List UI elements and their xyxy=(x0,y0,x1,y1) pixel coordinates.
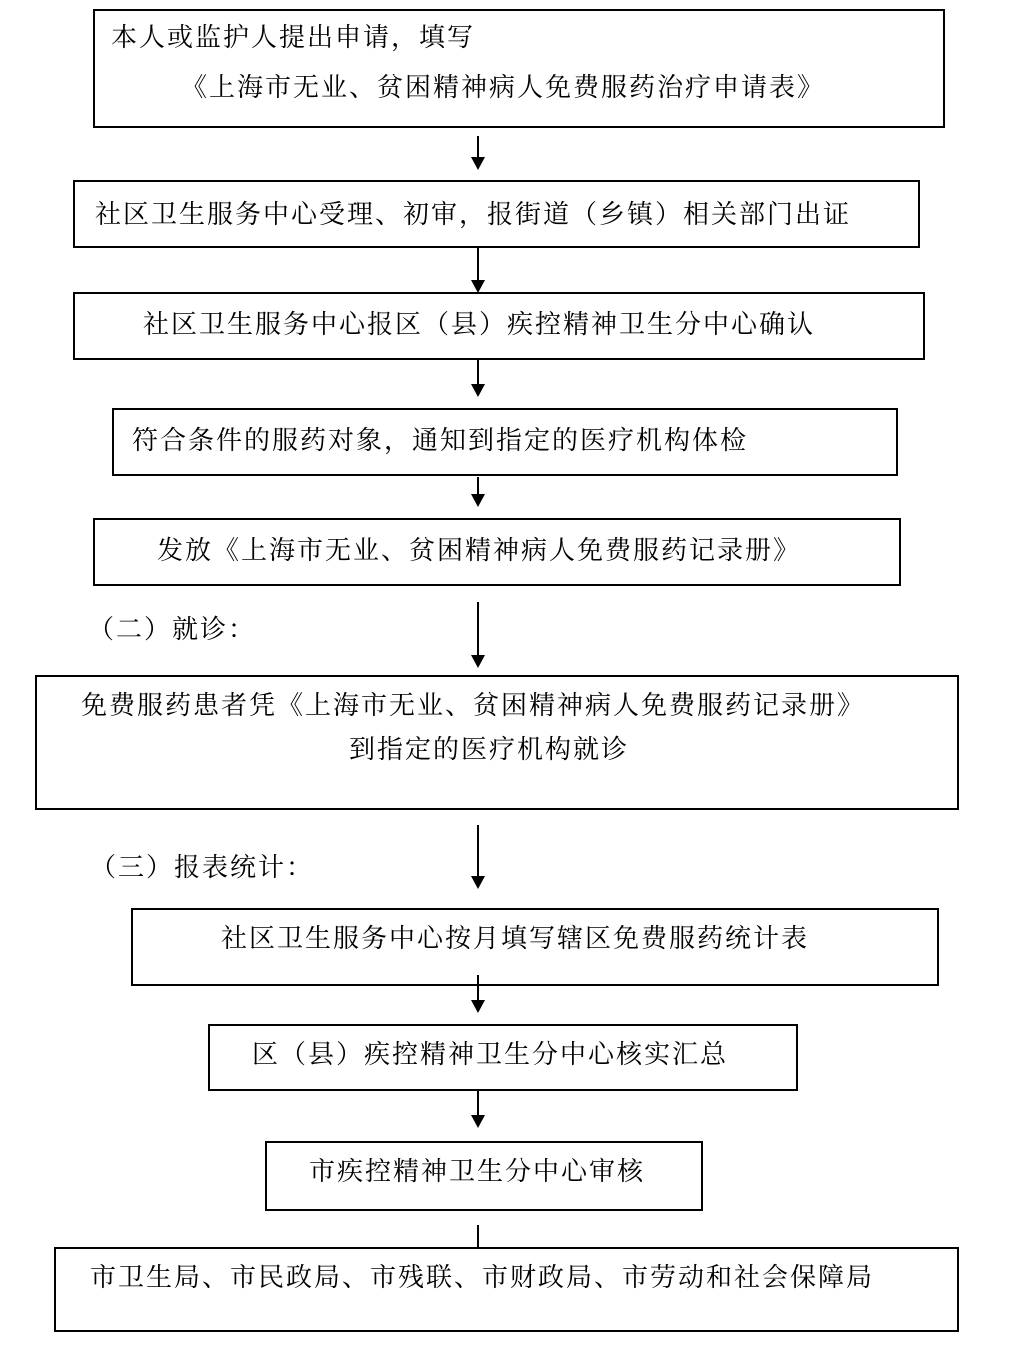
step-2-box: 社区卫生服务中心受理、初审，报街道（乡镇）相关部门出证 xyxy=(73,180,920,248)
step-6-box: 免费服药患者凭《上海市无业、贫困精神病人免费服药记录册》 到指定的医疗机构就诊 xyxy=(35,675,959,810)
step-1-line-1: 本人或监护人提出申请，填写 xyxy=(111,23,475,53)
step-1-box: 本人或监护人提出申请，填写 《上海市无业、贫困精神病人免费服药治疗申请表》 xyxy=(93,9,945,128)
arrow-3 xyxy=(471,359,485,397)
arrow-6 xyxy=(471,825,485,889)
step-8-box: 区（县）疾控精神卫生分中心核实汇总 xyxy=(208,1024,798,1091)
arrow-1 xyxy=(471,136,485,170)
step-7-line-1: 社区卫生服务中心按月填写辖区免费服药统计表 xyxy=(221,924,809,954)
step-6-line-2: 到指定的医疗机构就诊 xyxy=(349,735,629,765)
arrow-8 xyxy=(471,1090,485,1128)
step-1-line-2: 《上海市无业、贫困精神病人免费服药治疗申请表》 xyxy=(181,73,825,103)
arrow-2 xyxy=(471,246,485,293)
step-2-line-1: 社区卫生服务中心受理、初审，报街道（乡镇）相关部门出证 xyxy=(95,200,851,230)
step-5-box: 发放《上海市无业、贫困精神病人免费服药记录册》 xyxy=(93,518,901,586)
step-10-box: 市卫生局、市民政局、市残联、市财政局、市劳动和社会保障局 xyxy=(54,1247,959,1332)
step-3-line-1: 社区卫生服务中心报区（县）疾控精神卫生分中心确认 xyxy=(143,310,815,340)
arrow-7 xyxy=(471,975,485,1013)
step-4-line-1: 符合条件的服药对象，通知到指定的医疗机构体检 xyxy=(132,426,748,456)
step-9-line-1: 市疾控精神卫生分中心审核 xyxy=(309,1157,645,1187)
arrow-5 xyxy=(471,602,485,668)
arrow-4 xyxy=(471,477,485,507)
step-4-box: 符合条件的服药对象，通知到指定的医疗机构体检 xyxy=(112,408,898,476)
section-label-report: （三）报表统计： xyxy=(90,853,314,883)
step-8-line-1: 区（县）疾控精神卫生分中心核实汇总 xyxy=(252,1040,728,1070)
step-7-box: 社区卫生服务中心按月填写辖区免费服药统计表 xyxy=(131,908,939,986)
step-6-line-1: 免费服药患者凭《上海市无业、贫困精神病人免费服药记录册》 xyxy=(81,691,865,721)
step-3-box: 社区卫生服务中心报区（县）疾控精神卫生分中心确认 xyxy=(73,292,925,360)
step-10-line-1: 市卫生局、市民政局、市残联、市财政局、市劳动和社会保障局 xyxy=(90,1263,874,1293)
step-5-line-1: 发放《上海市无业、贫困精神病人免费服药记录册》 xyxy=(157,536,801,566)
step-9-box: 市疾控精神卫生分中心审核 xyxy=(265,1141,703,1211)
section-label-visit: （二）就诊： xyxy=(88,615,256,645)
